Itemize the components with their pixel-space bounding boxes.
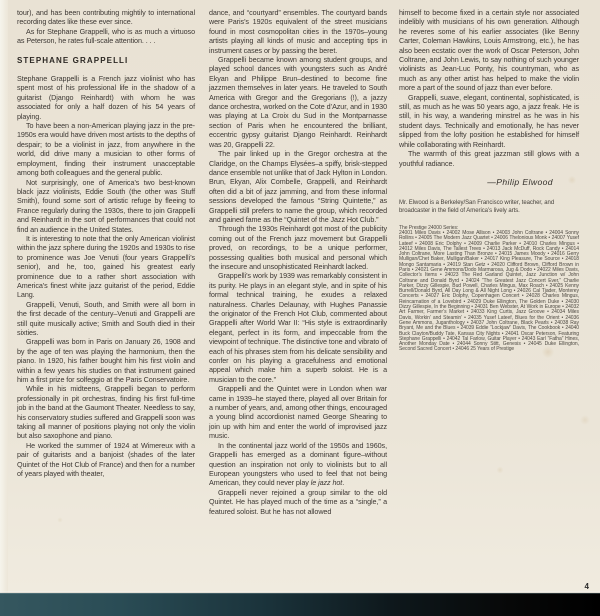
paragraph: tour), and has been contributing mightil… xyxy=(17,8,195,27)
album-edge-band xyxy=(0,593,600,616)
paragraph: As for Stephane Grappelli, who is as muc… xyxy=(17,27,195,46)
author-credit: Mr. Elwood is a Berkeley/San Francisco w… xyxy=(399,200,579,215)
paragraph: Stephane Grappelli is a French jazz viol… xyxy=(17,74,195,121)
paragraph-text: . xyxy=(342,478,344,487)
paragraph: Grappelli never rejoined a group similar… xyxy=(209,488,387,516)
italic-phrase: le jazz hot xyxy=(311,478,342,487)
text-column-middle: dance, and “courtyard” ensembles. The co… xyxy=(209,8,387,516)
paragraph: Grappelli’s work by 1939 was remarkably … xyxy=(209,271,387,384)
liner-notes-page: tour), and has been contributing mightil… xyxy=(0,0,600,616)
paragraph: Grappelli became known among student gro… xyxy=(209,55,387,149)
paragraph: himself to become fixed in a certain sty… xyxy=(399,8,579,93)
paragraph: Grappelli and the Quintet were in London… xyxy=(209,384,387,440)
catalog-series-entries: 24001 Miles Davis • 24002 Mose Allison •… xyxy=(399,231,579,353)
text-column-left: tour), and has been contributing mightil… xyxy=(17,8,195,479)
paragraph: Grappelli was born in Paris on January 2… xyxy=(17,337,195,384)
paragraph: It is interesting to note that the only … xyxy=(17,234,195,300)
author-signature: —Philip Elwood xyxy=(399,178,579,187)
paragraph: He worked the summer of 1924 at Wimereux… xyxy=(17,441,195,479)
page-number: 4 xyxy=(585,582,589,591)
catalog-list: The Prestige 24000 Series: 24001 Miles D… xyxy=(399,226,579,353)
paragraph: Grappelli, Venuti, South, and Smith were… xyxy=(17,300,195,338)
paragraph-text: In the continental jazz world of the 195… xyxy=(209,441,387,488)
paragraph: To have been a non-American playing jazz… xyxy=(17,121,195,177)
page-edge-highlight xyxy=(0,0,8,594)
section-heading: STEPHANE GRAPPELLI xyxy=(17,56,195,65)
paragraph: Grappelli, suave, elegant, continental, … xyxy=(399,93,579,149)
paragraph: In the continental jazz world of the 195… xyxy=(209,441,387,488)
paragraph: While in his midteens, Grappelli began t… xyxy=(17,384,195,440)
paragraph: Not surprisingly, one of America’s two b… xyxy=(17,178,195,234)
text-column-right: himself to become fixed in a certain sty… xyxy=(399,8,579,353)
paragraph: dance, and “courtyard” ensembles. The co… xyxy=(209,8,387,55)
paragraph: Through the 1930s Reinhardt got most of … xyxy=(209,224,387,271)
paragraph: The warmth of this great jazzman still g… xyxy=(399,149,579,168)
paragraph: The pair linked up in the Gregor orchest… xyxy=(209,149,387,224)
